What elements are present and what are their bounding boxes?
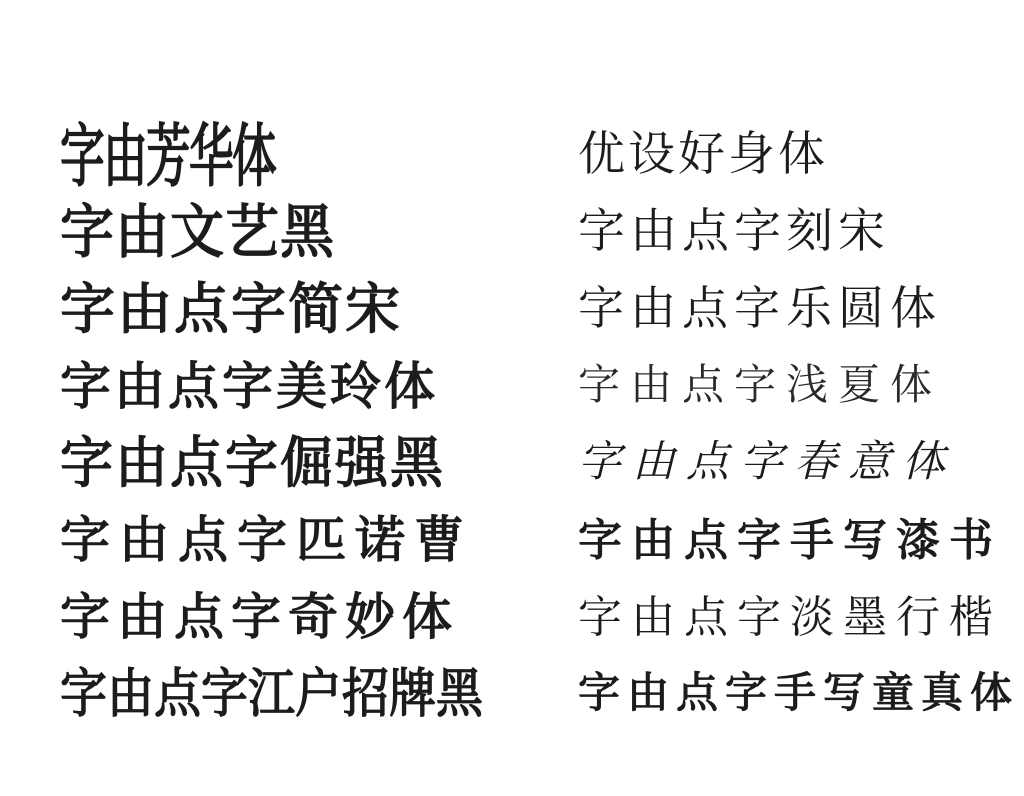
font-sample-leyuanti: 字由点字乐圆体	[578, 272, 942, 338]
font-sample-qimiaoti: 字由点字奇妙体	[60, 577, 459, 649]
font-sample-row: 字由点字手写童真体	[578, 651, 1019, 728]
font-sample-row: 字由文艺黑	[60, 189, 483, 266]
font-sample-row: 字由点字美玲体	[60, 343, 483, 420]
font-sample-pinuocao: 字由点字匹诺曹	[60, 500, 473, 572]
font-sample-qianxiati: 字由点字浅夏体	[578, 352, 942, 412]
font-sample-danmoxingkai: 字由点字淡墨行楷	[578, 581, 1002, 645]
font-sample-row: 字由点字江户招牌黑	[60, 651, 483, 728]
font-sample-kesong: 字由点字刻宋	[578, 194, 890, 261]
font-sample-row: 字由点字刻宋	[578, 189, 1019, 266]
font-sample-wenyihei: 字由文艺黑	[60, 186, 335, 269]
font-sample-row: 字由点字手写漆书	[578, 497, 1019, 574]
font-sample-row: 字由点字淡墨行楷	[578, 574, 1019, 651]
font-sample-row: 字由点字乐圆体	[578, 266, 1019, 343]
font-list-left-column: 字由芳华体 字由文艺黑 字由点字简宋 字由点字美玲体 字由点字倔强黑 字由点字匹…	[60, 112, 483, 728]
font-sample-shouxieqishu: 字由点字手写漆书	[578, 504, 1002, 568]
font-sample-row: 优设好身体	[578, 112, 1019, 189]
font-sample-shouxietongzhenti: 字由点字手写童真体	[578, 660, 1019, 720]
font-sample-row: 字由点字匹诺曹	[60, 497, 483, 574]
font-sample-juejianghei: 字由点字倔强黑	[60, 419, 445, 499]
font-sample-jiansong: 字由点字简宋	[60, 265, 402, 344]
font-sample-jianghuzhaopaihei: 字由点字江户招牌黑	[60, 652, 483, 727]
font-sample-meilingti: 字由点字美玲体	[60, 345, 438, 419]
font-showcase-sheet: 字由芳华体 字由文艺黑 字由点字简宋 字由点字美玲体 字由点字倔强黑 字由点字匹…	[0, 0, 1024, 796]
font-sample-row: 字由点字奇妙体	[60, 574, 483, 651]
font-sample-youshehaoshenti: 优设好身体	[578, 117, 828, 184]
font-sample-chunyiti: 字由点字春意体	[578, 428, 956, 489]
font-list-right-column: 优设好身体 字由点字刻宋 字由点字乐圆体 字由点字浅夏体 字由点字春意体 字由点…	[578, 112, 1019, 728]
font-sample-row: 字由点字倔强黑	[60, 420, 483, 497]
font-sample-row: 字由芳华体	[60, 112, 483, 189]
font-sample-row: 字由点字春意体	[578, 420, 1019, 497]
font-sample-row: 字由点字简宋	[60, 266, 483, 343]
font-sample-row: 字由点字浅夏体	[578, 343, 1019, 420]
